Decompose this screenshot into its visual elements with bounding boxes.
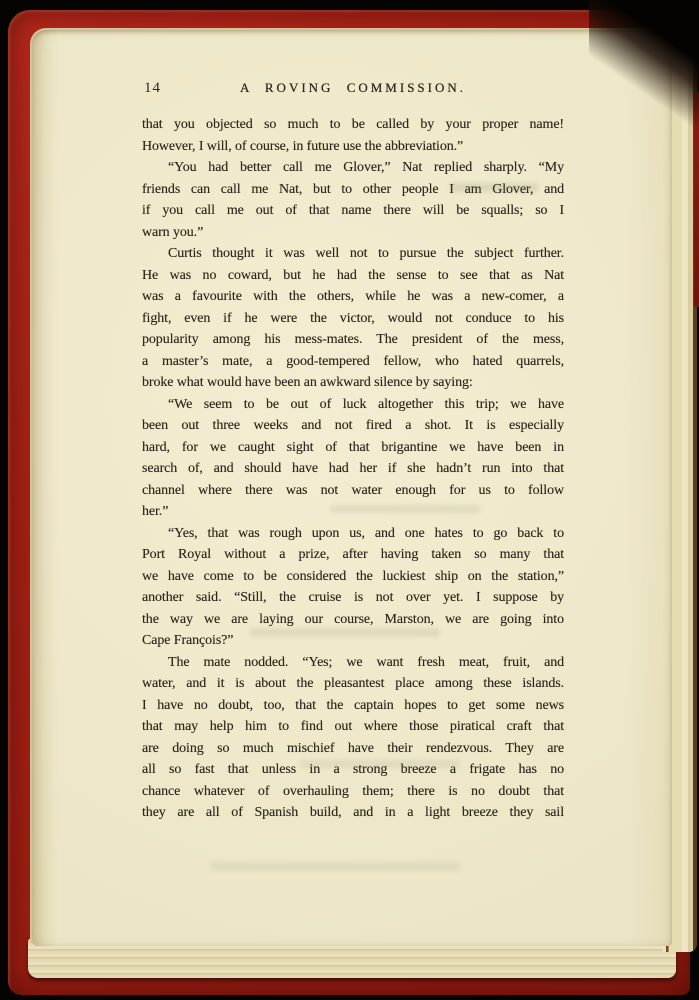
text-line: search of, and should have had her if sh… [142, 458, 564, 480]
text-line: friends can call me Nat, but to other pe… [142, 179, 564, 201]
text-line: we have come to be considered the luckie… [142, 566, 564, 588]
page-text: that you objected so much to be called b… [142, 114, 564, 824]
text-line: “You had better call me Glover,” Nat rep… [142, 157, 564, 179]
text-line: The mate nodded. “Yes; we want fresh mea… [142, 652, 564, 674]
text-line: channel where there was not water enough… [142, 480, 564, 502]
text-line: chance whatever of overhauling them; the… [142, 781, 564, 803]
text-line: Port Royal without a prize, after having… [142, 544, 564, 566]
text-line: water, and it is about the pleasantest p… [142, 673, 564, 695]
text-line: broke what would have been an awkward si… [142, 372, 564, 394]
text-line: was a favourite with the others, while h… [142, 286, 564, 308]
text-line: that you objected so much to be called b… [142, 114, 564, 136]
text-line: Curtis thought it was well not to pursue… [142, 243, 564, 265]
scanned-book-photo: 14 A ROVING COMMISSION. that you objecte… [0, 0, 699, 1000]
page-header: 14 A ROVING COMMISSION. [142, 80, 564, 98]
text-line: been out three weeks and not fired a sho… [142, 415, 564, 437]
text-line: are doing so much mischief have their re… [142, 738, 564, 760]
text-line: that may help him to find out where thos… [142, 716, 564, 738]
text-line: “Yes, that was rough upon us, and one ha… [142, 523, 564, 545]
text-line: if you call me out of that name there wi… [142, 200, 564, 222]
text-line: hard, for we caught sight of that brigan… [142, 437, 564, 459]
book-page: 14 A ROVING COMMISSION. that you objecte… [30, 28, 672, 946]
text-line: He was no coward, but he had the sense t… [142, 265, 564, 287]
text-line: a master’s mate, a good-tempered fellow,… [142, 351, 564, 373]
text-line: Cape François?” [142, 630, 564, 652]
text-line: However, I will, of course, in future us… [142, 136, 564, 158]
running-title: A ROVING COMMISSION. [142, 80, 564, 96]
text-line: popularity among his mess-mates. The pre… [142, 329, 564, 351]
text-line: they are all of Spanish build, and in a … [142, 802, 564, 824]
text-line: another said. “Still, the cruise is not … [142, 587, 564, 609]
text-line: all so fast that unless in a strong bree… [142, 759, 564, 781]
text-line: fight, even if he were the victor, would… [142, 308, 564, 330]
text-line: the way we are laying our course, Marsto… [142, 609, 564, 631]
text-line: warn you.” [142, 222, 564, 244]
page-number: 14 [144, 80, 161, 97]
text-line: her.” [142, 501, 564, 523]
text-line: “We seem to be out of luck altogether th… [142, 394, 564, 416]
cover-edge-sliver [694, 92, 699, 307]
text-line: I have no doubt, too, that the captain h… [142, 695, 564, 717]
